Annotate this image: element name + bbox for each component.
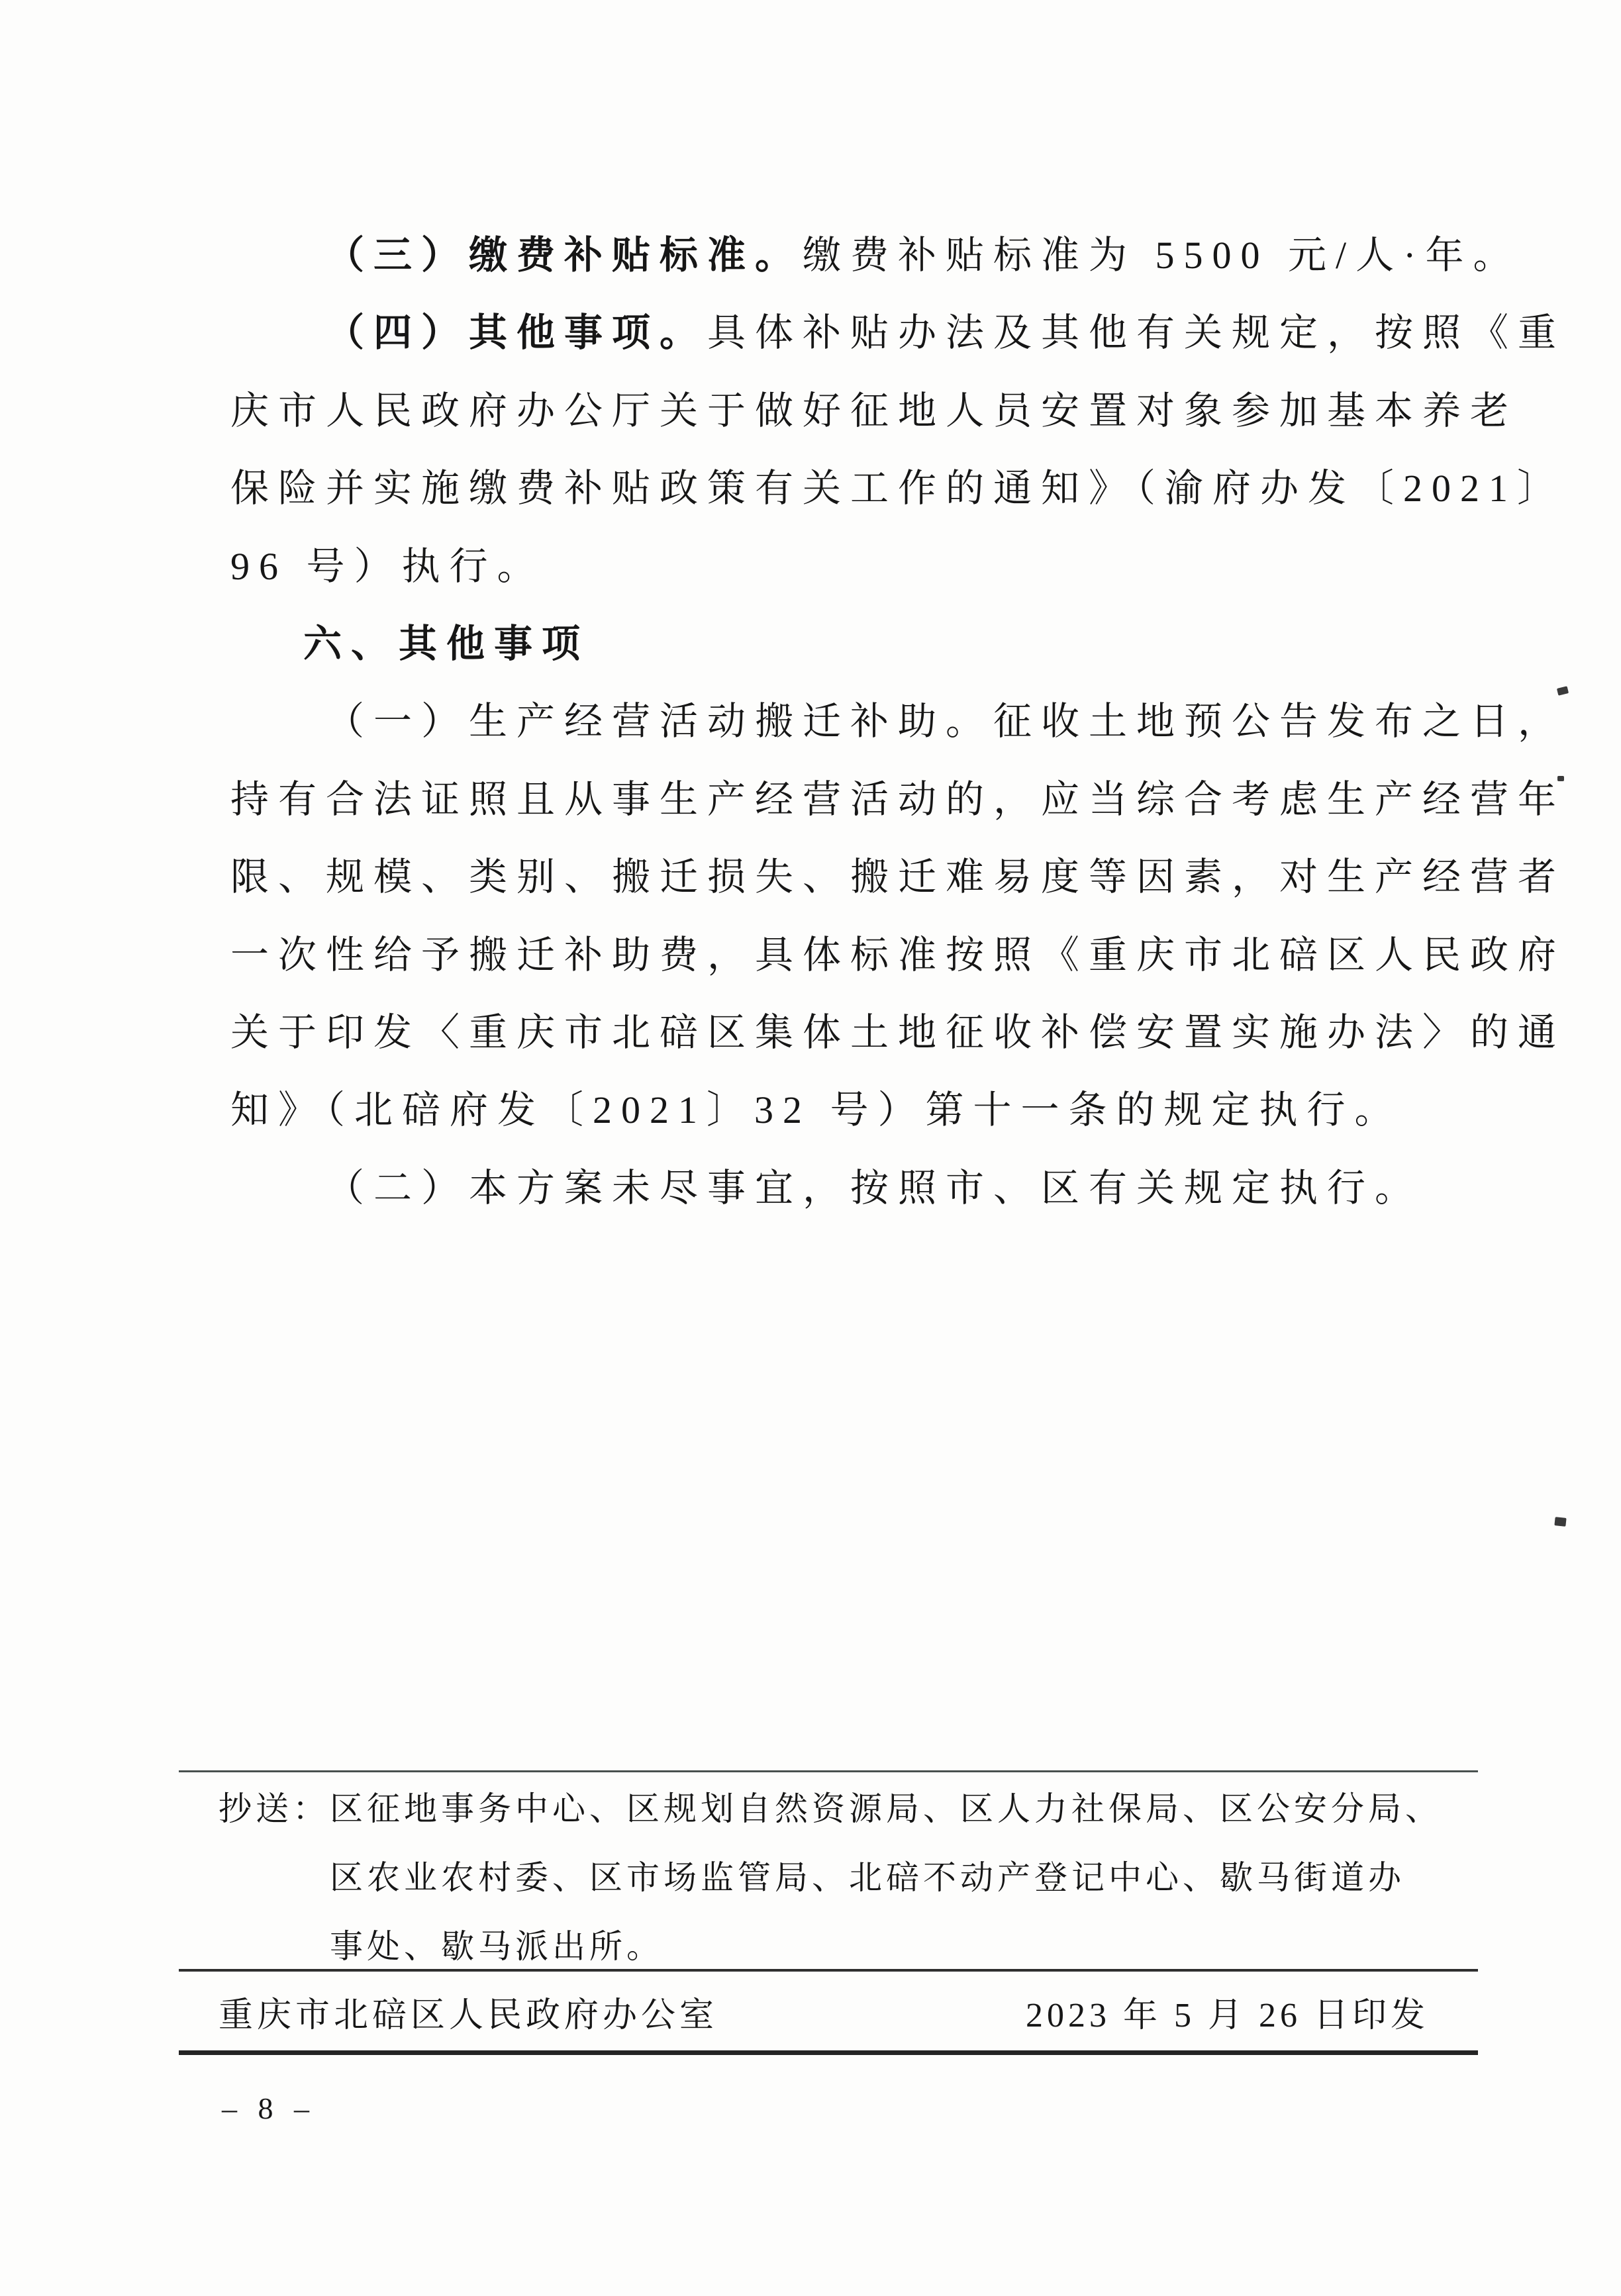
body-line: 庆市人民政府办公厅关于做好征地人员安置对象参加基本养老 [230,372,1433,450]
imprint-date: 2023 年 5 月 26 日印发 [1026,1994,1429,2038]
divider-thick [179,2050,1478,2055]
section-heading: 六、其他事项 [230,605,1433,683]
body-line: （四）其他事项。具体补贴办法及其他有关规定，按照《重 [230,294,1433,371]
body-line: 96 号）执行。 [230,528,1433,605]
body-line-text: 保险并实施缴费补贴政策有关工作的通知》（渝府办发〔2021〕 [230,467,1565,510]
body-line: 限、规模、类别、搬迁损失、搬迁难易度等因素，对生产经营者 [230,838,1433,916]
scan-artifact [1557,776,1564,781]
divider-medium [179,1969,1478,1972]
document-body: （三）缴费补贴标准。缴费补贴标准为 5500 元/人·年。 （四）其他事项。具体… [230,216,1433,1227]
section-heading-text: 六、其他事项 [303,622,589,665]
divider-thin [179,1770,1478,1772]
body-line: 保险并实施缴费补贴政策有关工作的通知》（渝府办发〔2021〕 [230,450,1433,527]
body-line-lead: （三）缴费补贴标准。 [326,234,803,277]
body-line-text: 具体补贴办法及其他有关规定，按照《重 [707,311,1565,354]
body-line-text: 缴费补贴标准为 5500 元/人·年。 [803,234,1520,277]
body-line-text: 持有合法证照且从事生产经营活动的，应当综合考虑生产经营年 [230,778,1565,821]
body-line-text: 知》（北碚府发〔2021〕32 号）第十一条的规定执行。 [230,1088,1402,1131]
body-line: （一）生产经营活动搬迁补助。征收土地预公告发布之日， [230,683,1433,760]
page-number: – 8 – [222,2091,316,2126]
body-line: （三）缴费补贴标准。缴费补贴标准为 5500 元/人·年。 [230,216,1433,294]
body-line: 持有合法证照且从事生产经营活动的，应当综合考虑生产经营年 [230,761,1433,838]
body-line-text: 96 号）执行。 [230,545,545,588]
scan-artifact [1554,1517,1566,1527]
body-line-text: （一）生产经营活动搬迁补助。征收土地预公告发布之日， [326,700,1565,743]
imprint-row: 重庆市北碚区人民政府办公室 2023 年 5 月 26 日印发 [219,1994,1429,2038]
imprint-issuer: 重庆市北碚区人民政府办公室 [219,1994,718,2038]
cc-line: 区农业农村委、区市场监管局、北碚不动产登记中心、歇马街道办 [219,1843,1448,1912]
body-line: 关于印发〈重庆市北碚区集体土地征收补偿安置实施办法〉的通 [230,994,1433,1071]
body-line-lead: （四）其他事项。 [326,311,707,354]
body-line: （二）本方案未尽事宜，按照市、区有关规定执行。 [230,1149,1433,1227]
body-line-text: （二）本方案未尽事宜，按照市、区有关规定执行。 [326,1167,1422,1210]
cc-line: 抄送：区征地事务中心、区规划自然资源局、区人力社保局、区公安分局、 [219,1774,1448,1843]
body-line-text: 关于印发〈重庆市北碚区集体土地征收补偿安置实施办法〉的通 [230,1011,1565,1054]
scan-artifact [1557,686,1569,696]
document-page: （三）缴费补贴标准。缴费补贴标准为 5500 元/人·年。 （四）其他事项。具体… [0,0,1621,2296]
body-line-text: 限、规模、类别、搬迁损失、搬迁难易度等因素，对生产经营者 [230,855,1565,898]
body-line: 知》（北碚府发〔2021〕32 号）第十一条的规定执行。 [230,1071,1433,1149]
cc-block: 抄送：区征地事务中心、区规划自然资源局、区人力社保局、区公安分局、 区农业农村委… [219,1774,1448,1981]
body-line: 一次性给予搬迁补助费，具体标准按照《重庆市北碚区人民政府 [230,916,1433,994]
body-line-text: 庆市人民政府办公厅关于做好征地人员安置对象参加基本养老 [230,389,1518,432]
body-line-text: 一次性给予搬迁补助费，具体标准按照《重庆市北碚区人民政府 [230,933,1565,977]
